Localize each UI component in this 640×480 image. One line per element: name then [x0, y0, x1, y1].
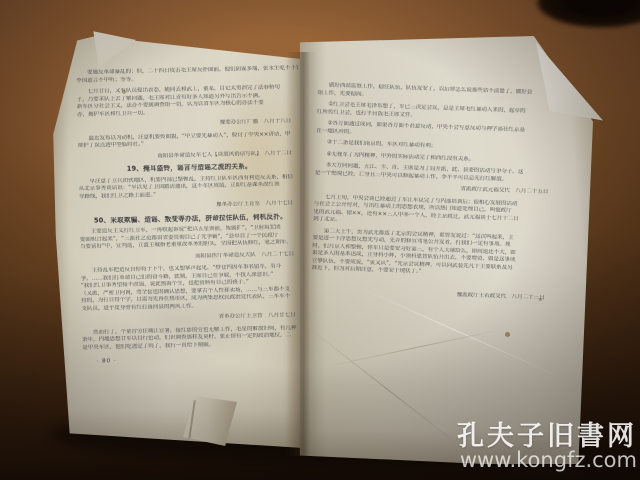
watermark: 孔夫子旧書网 www.kongfz.com [457, 424, 637, 472]
watermark-site-url: www.kongfz.com [457, 449, 637, 472]
photo-vignette [0, 0, 640, 480]
photo-scene: 要施反革命暴乱的；但，二十四日攻击毛主席反扑面前，他们阴谋多端，张永生吃不下饭，… [0, 0, 640, 480]
watermark-site-name: 孔夫子旧書网 [457, 424, 637, 449]
